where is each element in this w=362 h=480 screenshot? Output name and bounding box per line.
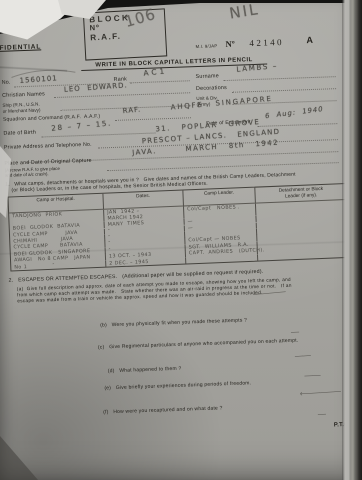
field-ship-label: Ship (R.N., U.S.N. or Merchant Navy) — [2, 101, 40, 113]
page-stack-edge — [342, 0, 362, 480]
confidential-marking: CONFIDENTIAL — [0, 43, 41, 52]
pencil-answer-d: —— — [304, 371, 320, 382]
pencil-answer-c: —— — [294, 351, 311, 362]
pencil-answer-f: — — [317, 410, 325, 420]
scanned-pow-liberation-form: CONFIDENTIAL BLOCK Nº R.A.F. 106 NIL M.I… — [0, 0, 362, 480]
question2f: (f) How were you recaptured and on what … — [103, 405, 223, 415]
field-christian-names-label: Christian Names — [2, 91, 45, 98]
field-birth-label: Date of Birth — [3, 130, 36, 137]
field-capture-sublabel: (Aircrew R.A.F. to give place and date o… — [5, 166, 60, 178]
field-no-label: No. — [2, 80, 11, 86]
question2d: (d) What happened to them ? — [108, 366, 182, 375]
pencil-answer-a: ———— — [253, 287, 286, 300]
dotted-line — [232, 80, 336, 93]
serial-no-abbrev: Nº — [225, 39, 235, 49]
serial-suffix: A — [306, 35, 313, 45]
form-content: CONFIDENTIAL BLOCK Nº R.A.F. 106 NIL M.I… — [0, 0, 362, 480]
field-decorations-label: Decorations — [196, 85, 227, 92]
field-address-label: Private Address and Telephone No. — [4, 142, 92, 151]
field-surname-label: Surname — [195, 73, 218, 80]
pencil-answer-b: — — [290, 328, 298, 338]
form-paper: CONFIDENTIAL BLOCK Nº R.A.F. 106 NIL M.I… — [0, 0, 362, 480]
question2e: (e) Give briefly your experiences during… — [104, 380, 251, 391]
question2b: (b) Were you physically fit when you mad… — [100, 317, 247, 328]
camp-table: Camp or Hospital. Dates. Camp Leader. De… — [7, 183, 350, 272]
handwritten-nil: NIL — [228, 0, 260, 22]
serial-number: 42140 — [249, 37, 284, 48]
question2c: (c) Give Regimental particulars of anyon… — [98, 338, 299, 351]
form-reference: M.I. 9/JAP — [195, 43, 217, 49]
squadron-value: RAF. — [122, 106, 141, 116]
pencil-answer-e: ←————— — [299, 387, 340, 399]
